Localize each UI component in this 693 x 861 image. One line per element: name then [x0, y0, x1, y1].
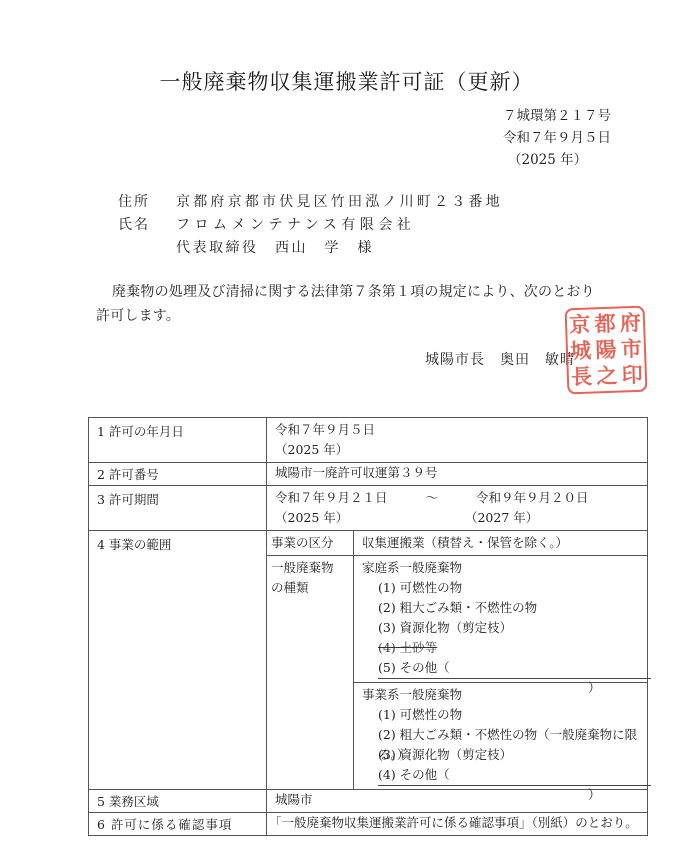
household-item-struck: (5) その他（）: [378, 658, 647, 698]
seal-char: 城: [568, 337, 594, 364]
row-label: 1 許可の年月日: [89, 418, 267, 463]
category-value: 収集運搬業（積替え・保管を除く。）: [354, 533, 647, 553]
table-row-confirmation: 6 許可に係る確認事項 「一般廃棄物収集運搬業許可に係る確認事項」（別紙）のとお…: [89, 813, 648, 836]
seal-char: 陽: [593, 337, 619, 364]
household-item: (3) 資源化物（剪定枝）: [354, 618, 647, 638]
seal-char: 長: [568, 363, 594, 390]
row-label: 3 許可期間: [89, 486, 267, 531]
address-value: 京都府京都市伏見区竹田泓ノ川町２３番地: [176, 191, 503, 211]
period-start: 令和７年９月２１日: [275, 490, 388, 505]
body-text-line2: 許可します。: [96, 305, 180, 325]
category-label: 事業の区分: [267, 531, 354, 556]
confirmation-items: 「一般廃棄物収集運搬業許可に係る確認事項」（別紙）のとおり。: [267, 813, 647, 833]
address-label: 住所: [118, 191, 150, 211]
household-item-struck: (4) 土砂等: [378, 640, 437, 655]
period-end: 令和９年９月２０日: [476, 490, 589, 505]
seal-char: 之: [594, 363, 620, 390]
seal-char: 京: [567, 311, 593, 338]
row-label: 2 許可番号: [89, 463, 267, 486]
business-item: (1) 可燃性の物: [354, 705, 647, 725]
signer: 城陽市長 奥田 敏晴: [425, 349, 575, 369]
waste-type-label-2: の種類: [271, 578, 349, 598]
household-item: (2) 粗大ごみ類・不燃性の物: [354, 598, 647, 618]
permit-date: 令和７年９月５日: [267, 420, 647, 440]
table-row-permit-number: 2 許可番号 城陽市一廃許可収運第３９号: [89, 463, 648, 486]
table-row-permit-period: 3 許可期間 令和７年９月２１日 ～ 令和９年９月２０日 （2025 年） （2…: [89, 486, 648, 531]
seal-char: 都: [592, 311, 618, 338]
permit-number: 城陽市一廃許可収運第３９号: [267, 463, 647, 483]
representative: 代表取締役 西山 学 様: [176, 237, 374, 257]
table-row-permit-date: 1 許可の年月日 令和７年９月５日 （2025 年）: [89, 418, 648, 463]
seal-char: 市: [618, 336, 644, 363]
business-item-struck: (4) その他（）: [378, 765, 647, 805]
period-separator: ～: [425, 490, 438, 505]
period-start-year: （2025 年）: [275, 508, 461, 528]
issue-year: （2025 年）: [508, 148, 587, 168]
household-heading: 家庭系一般廃棄物: [354, 558, 647, 578]
row-label: 6 許可に係る確認事項: [89, 813, 267, 836]
official-seal: 京 都 府 城 陽 市 長 之 印: [565, 306, 648, 395]
period-end-year: （2027 年）: [465, 510, 538, 525]
row-label: 4 事業の範囲: [89, 531, 267, 790]
seal-char: 印: [619, 362, 645, 389]
business-item: (3) 資源化物（剪定枝）: [354, 745, 647, 765]
document-title: 一般廃棄物収集運搬業許可証（更新）: [0, 66, 693, 96]
reference-number: ７城環第２１７号: [503, 104, 611, 124]
company-name: フロムメンテナンス有限会社: [176, 214, 415, 234]
business-item: (2) 粗大ごみ類・不燃性の物（一般廃棄物に限る。）: [354, 725, 647, 745]
seal-char: 府: [617, 310, 643, 337]
issue-date: 令和７年９月５日: [503, 126, 611, 146]
body-text-line1: 廃棄物の処理及び清掃に関する法律第７条第１項の規定により、次のとおり: [112, 281, 595, 301]
permit-date-year: （2025 年）: [267, 440, 647, 460]
table-row-business-scope: 4 事業の範囲 事業の区分 収集運搬業（積替え・保管を除く。）: [89, 531, 648, 556]
name-label: 氏名: [118, 214, 150, 234]
permit-details-table: 1 許可の年月日 令和７年９月５日 （2025 年） 2 許可番号 城陽市一廃許…: [88, 417, 648, 836]
waste-type-label-1: 一般廃棄物: [271, 558, 349, 578]
row-label: 5 業務区域: [89, 790, 267, 813]
household-item: (1) 可燃性の物: [354, 578, 647, 598]
